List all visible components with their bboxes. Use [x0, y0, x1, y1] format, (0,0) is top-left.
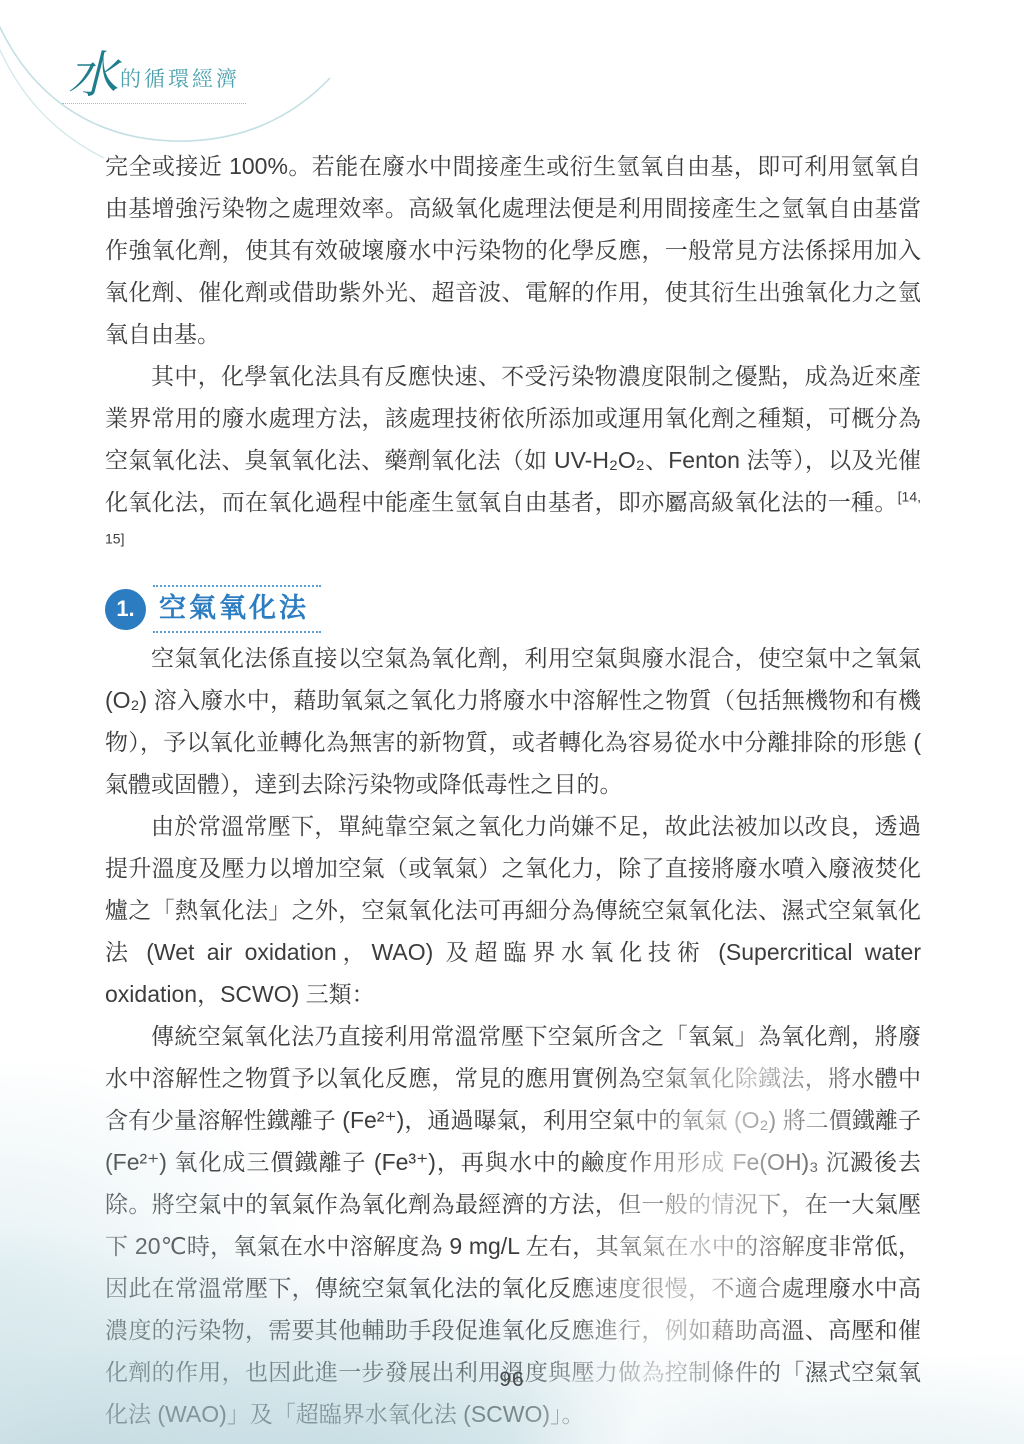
body-text-column: 完全或接近 100%。若能在廢水中間接產生或衍生氫氧自由基，即可利用氫氧自由基增… — [105, 145, 921, 1435]
paragraph-3: 空氣氧化法係直接以空氣為氧化劑，利用空氣與廢水混合，使空氣中之氧氣 (O₂) 溶… — [105, 637, 921, 805]
section-number-badge: 1. — [105, 589, 146, 630]
page-number: 96 — [0, 1368, 1024, 1392]
logo-water-glyph: 水 — [68, 52, 118, 98]
paragraph-2: 其中，化學氧化法具有反應快速、不受污染物濃度限制之優點，成為近來產業界常用的廢水… — [105, 355, 921, 565]
logo-subtitle: 的循環經濟 — [118, 63, 240, 98]
section-heading-1: 1. 空氣氧化法 — [105, 585, 921, 633]
paragraph-1: 完全或接近 100%。若能在廢水中間接產生或衍生氫氧自由基，即可利用氫氧自由基增… — [105, 145, 921, 355]
book-page: 水 的循環經濟 完全或接近 100%。若能在廢水中間接產生或衍生氫氧自由基，即可… — [0, 0, 1024, 1444]
paragraph-4: 由於常溫常壓下，單純靠空氣之氧化力尚嫌不足，故此法被加以改良，透過提升溫度及壓力… — [105, 805, 921, 1015]
book-logo: 水 的循環經濟 — [62, 52, 246, 104]
section-title: 空氣氧化法 — [153, 585, 321, 633]
paragraph-2-text: 其中，化學氧化法具有反應快速、不受污染物濃度限制之優點，成為近來產業界常用的廢水… — [105, 363, 921, 515]
